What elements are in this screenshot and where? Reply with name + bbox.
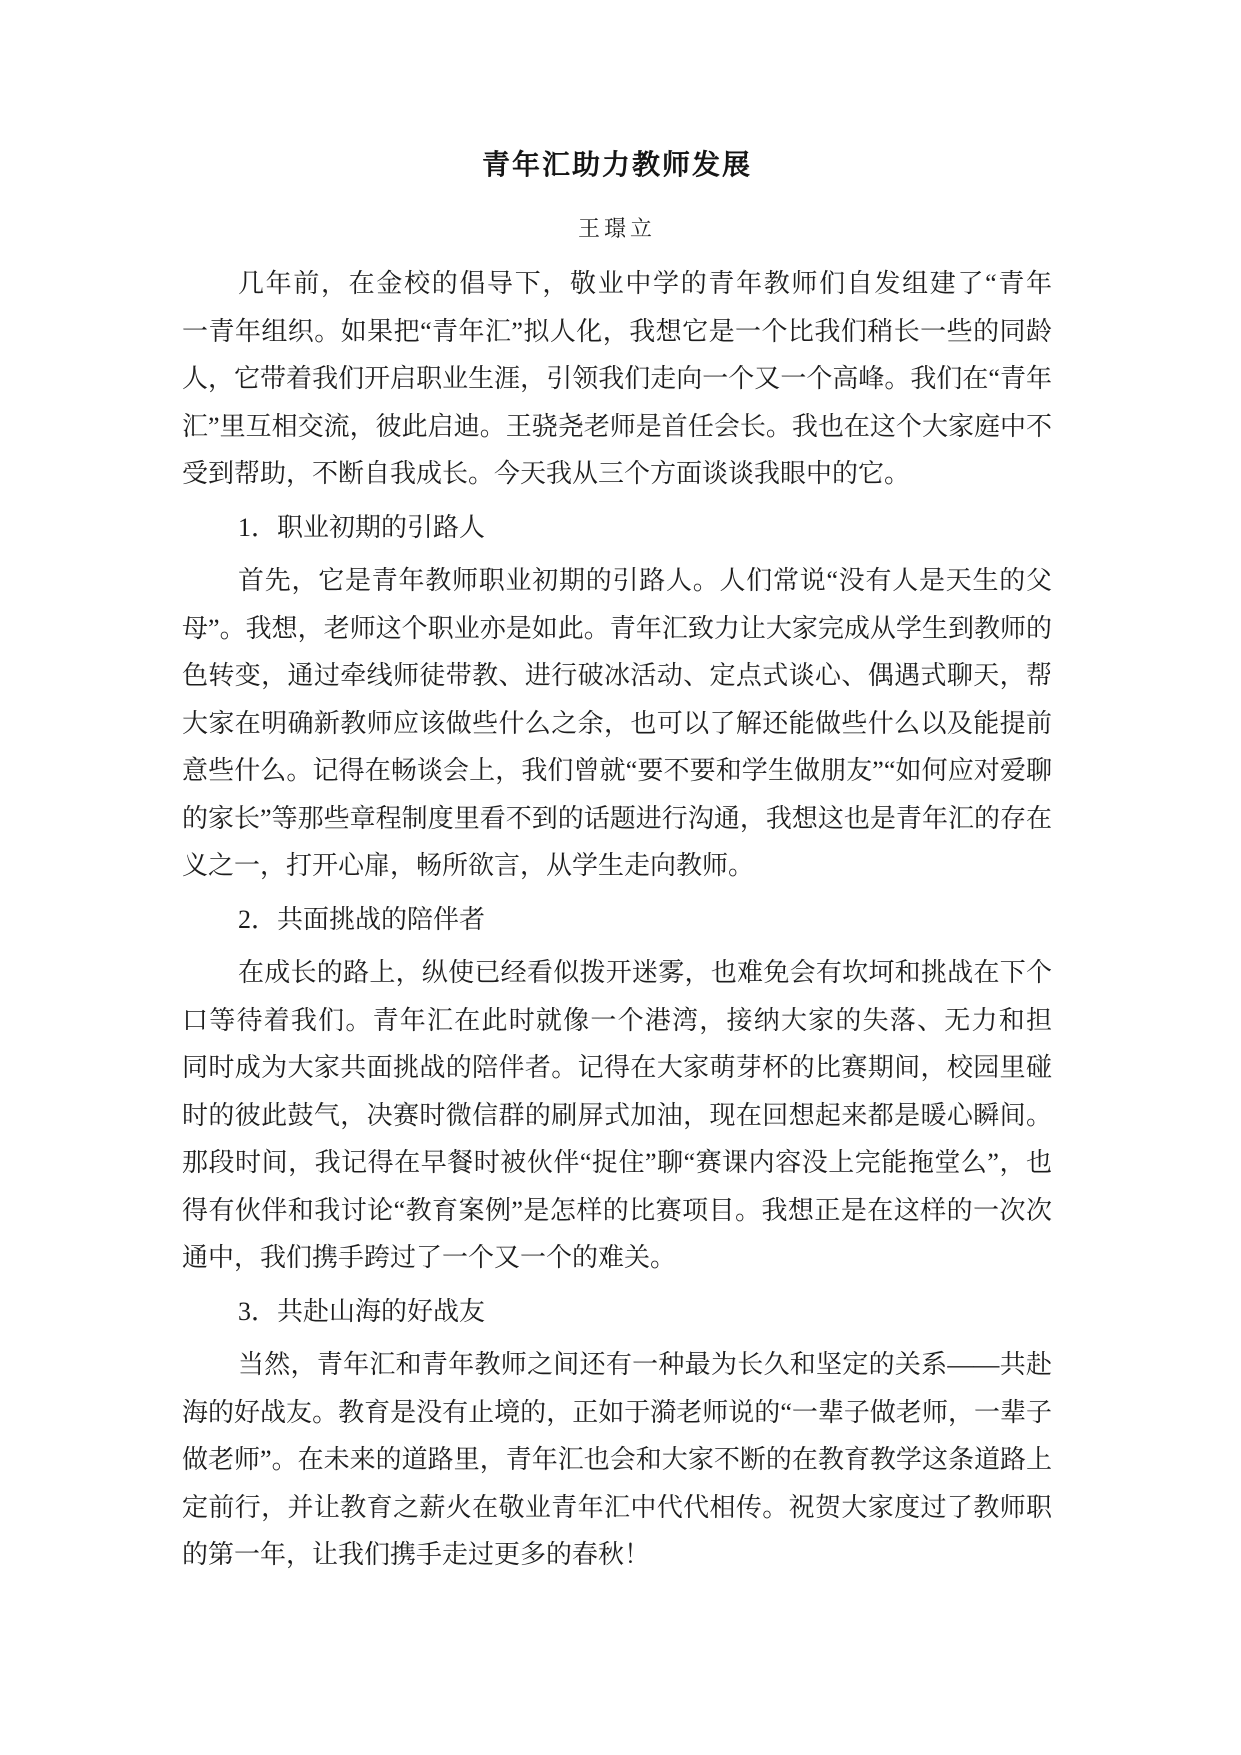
body-line: 首先，它是青年教师职业初期的引路人。人们常说“没有人是天生的父 [182, 557, 1052, 605]
body-paragraph: 首先，它是青年教师职业初期的引路人。人们常说“没有人是天生的父母”。我想，老师这… [182, 557, 1052, 890]
body-paragraph: 在成长的路上，纵使已经看似拨开迷雾，也难免会有坎坷和挑战在下个路口等待着我们。青… [182, 949, 1052, 1282]
body-line: 口等待着我们。青年汇在此时就像一个港湾，接纳大家的失落、无力和担忧， [182, 997, 1052, 1045]
document-page: 青年汇助力教师发展 王璟立 几年前，在金校的倡导下，敬业中学的青年教师们自发组建… [0, 0, 1241, 1755]
body-line: 色转变，通过牵线师徒带教、进行破冰活动、定点式谈心、偶遇式聊天，帮助 [182, 652, 1052, 700]
section-heading: 2．共面挑战的陪伴者 [182, 896, 1052, 944]
body-line: 海的好战友。教育是没有止境的，正如于漪老师说的“一辈子做老师，一辈子学 [182, 1389, 1052, 1437]
body-line: 通中，我们携手跨过了一个又一个的难关。 [182, 1234, 1052, 1282]
body-paragraph: 几年前，在金校的倡导下，敬业中学的青年教师们自发组建了“青年汇”这一青年组织。如… [182, 260, 1052, 498]
body-line: 当然，青年汇和青年教师之间还有一种最为长久和坚定的关系——共赴山 [182, 1341, 1052, 1389]
body-line: 大家在明确新教师应该做些什么之余，也可以了解还能做些什么以及能提前注 [182, 700, 1052, 748]
body-line: 几年前，在金校的倡导下，敬业中学的青年教师们自发组建了“青年汇”这 [182, 260, 1052, 308]
heading-line: 2．共面挑战的陪伴者 [182, 896, 1052, 944]
body-line: 那段时间，我记得在早餐时被伙伴“捉住”聊“赛课内容没上完能拖堂么”，也记 [182, 1139, 1052, 1187]
body-line: 做老师”。在未来的道路里，青年汇也会和大家不断的在教育教学这条道路上坚 [182, 1436, 1052, 1484]
body-line: 时的彼此鼓气，决赛时微信群的刷屏式加油，现在回想起来都是暖心瞬间。在 [182, 1092, 1052, 1140]
body-line: 定前行，并让教育之薪火在敬业青年汇中代代相传。祝贺大家度过了教师职业 [182, 1484, 1052, 1532]
section-heading: 3．共赴山海的好战友 [182, 1288, 1052, 1336]
body-line: 人，它带着我们开启职业生涯，引领我们走向一个又一个高峰。我们在“青年 [182, 355, 1052, 403]
heading-line: 1．职业初期的引路人 [182, 504, 1052, 552]
body-line: 意些什么。记得在畅谈会上，我们曾就“要不要和学生做朋友”“如何应对爱聊天 [182, 747, 1052, 795]
body-line: 汇”里互相交流，彼此启迪。王骁尧老师是首任会长。我也在这个大家庭中不断 [182, 403, 1052, 451]
document-title: 青年汇助力教师发展 [182, 146, 1052, 186]
body-line: 母”。我想，老师这个职业亦是如此。青年汇致力让大家完成从学生到教师的角 [182, 605, 1052, 653]
body-paragraph: 当然，青年汇和青年教师之间还有一种最为长久和坚定的关系——共赴山海的好战友。教育… [182, 1341, 1052, 1579]
document-author: 王璟立 [182, 214, 1052, 244]
body-line: 的家长”等那些章程制度里看不到的话题进行沟通，我想这也是青年汇的存在意 [182, 795, 1052, 843]
body-line: 一青年组织。如果把“青年汇”拟人化，我想它是一个比我们稍长一些的同龄 [182, 308, 1052, 356]
heading-line: 3．共赴山海的好战友 [182, 1288, 1052, 1336]
body-line: 得有伙伴和我讨论“教育案例”是怎样的比赛项目。我想正是在这样的一次次沟 [182, 1187, 1052, 1235]
body-line: 的第一年，让我们携手走过更多的春秋！ [182, 1531, 1052, 1579]
body-line: 同时成为大家共面挑战的陪伴者。记得在大家萌芽杯的比赛期间，校园里碰面 [182, 1044, 1052, 1092]
body-line: 在成长的路上，纵使已经看似拨开迷雾，也难免会有坎坷和挑战在下个路 [182, 949, 1052, 997]
body-line: 受到帮助，不断自我成长。今天我从三个方面谈谈我眼中的它。 [182, 450, 1052, 498]
section-heading: 1．职业初期的引路人 [182, 504, 1052, 552]
document-body: 几年前，在金校的倡导下，敬业中学的青年教师们自发组建了“青年汇”这一青年组织。如… [182, 260, 1052, 1579]
body-line: 义之一，打开心扉，畅所欲言，从学生走向教师。 [182, 842, 1052, 890]
